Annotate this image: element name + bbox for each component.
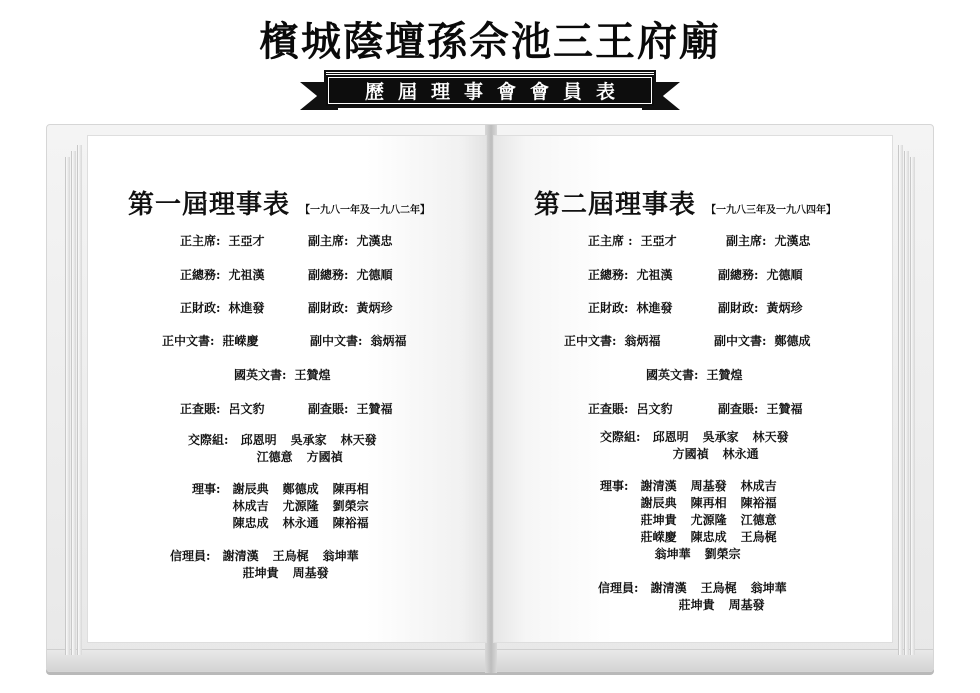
member-name: 王烏梶	[273, 548, 309, 565]
member-name: 林成吉	[741, 478, 777, 495]
member-name: 方國禎	[307, 449, 343, 466]
open-book: 第一屆理事表 【一九八一年及一九八二年】 正主席:王亞才 副主席:尤漢忠 正總務…	[46, 124, 934, 672]
page-stack-left	[65, 139, 85, 655]
officer-label: 正主席 :	[588, 234, 633, 248]
officer-label: 副查賬:	[308, 402, 348, 416]
member-name: 謝清漢	[651, 580, 687, 597]
member-name: 鄭德成	[283, 481, 319, 498]
member-name: 陳忠成	[691, 529, 727, 546]
officer-name: 呂文豹	[228, 402, 264, 416]
officer-label: 副主席:	[308, 234, 348, 248]
member-name: 陳裕福	[333, 515, 369, 532]
member-name: 謝辰典	[641, 495, 677, 512]
member-name: 邱恩明	[241, 432, 277, 449]
member-name: 謝辰典	[233, 481, 269, 498]
officer-label: 副財政:	[718, 301, 758, 315]
member-name: 翁坤華	[751, 580, 787, 597]
officer-label: 國英文書:	[234, 368, 286, 382]
member-name: 吳承家	[703, 429, 739, 446]
group-label: 交際組:	[188, 433, 228, 447]
member-name: 陳裕福	[741, 495, 777, 512]
officer-name: 尤漢忠	[356, 234, 392, 248]
officer-name: 尤祖漢	[228, 268, 264, 282]
officer-name: 黃炳珍	[766, 301, 802, 315]
officer-label: 副總務:	[308, 268, 348, 282]
member-name: 周基發	[293, 565, 329, 582]
member-name: 謝清漢	[641, 478, 677, 495]
officer-name: 王亞才	[228, 234, 264, 248]
liaison-group: 交際組: 邱恩明吳承家林天發 江德意方國禎	[188, 432, 391, 466]
group-label: 理事:	[192, 482, 220, 496]
member-name: 陳忠成	[233, 515, 269, 532]
member-name: 莊嵘慶	[641, 529, 677, 546]
member-name: 林成吉	[233, 498, 269, 515]
term-title: 第二屆理事表	[534, 184, 696, 221]
term-heading: 第二屆理事表 【一九八三年及一九八四年】	[534, 184, 836, 221]
officer-name: 尤祖漢	[636, 268, 672, 282]
group-label: 信理員:	[170, 549, 210, 563]
officer-label: 副總務:	[718, 268, 758, 282]
officer-name: 王贊煌	[294, 368, 330, 382]
officer-label: 副中文書:	[714, 334, 766, 348]
member-name: 劉榮宗	[333, 498, 369, 515]
officer-name: 黃炳珍	[356, 301, 392, 315]
officer-name: 呂文豹	[636, 402, 672, 416]
officer-label: 正總務:	[180, 268, 220, 282]
member-name: 林永通	[283, 515, 319, 532]
member-name: 陳再相	[691, 495, 727, 512]
term-title: 第一屆理事表	[128, 184, 290, 221]
liaison-group: 交際組: 邱恩明吳承家林天發 方國禎林永通	[600, 429, 803, 463]
committee-members: 理事: 謝辰典鄭德成陳再相 林成吉尤源隆劉榮宗 陳忠成林永通陳裕福	[192, 481, 383, 532]
member-name: 王烏梶	[741, 529, 777, 546]
officer-name: 翁炳福	[624, 334, 660, 348]
member-name: 陳再相	[333, 481, 369, 498]
member-name: 翁坤華	[323, 548, 359, 565]
member-name: 尤源隆	[283, 498, 319, 515]
officer-name: 尤德順	[356, 268, 392, 282]
term-years: 【一九八一年及一九八二年】	[300, 201, 430, 216]
officer-name: 王贊福	[356, 402, 392, 416]
member-name: 邱恩明	[653, 429, 689, 446]
page-stack-right	[895, 139, 915, 655]
officer-label: 正查賬:	[180, 402, 220, 416]
officer-name: 尤德順	[766, 268, 802, 282]
term-years: 【一九八三年及一九八四年】	[706, 201, 836, 216]
temple-title: 檳城蔭壇孫佘池三王府廟	[0, 18, 980, 66]
right-page-term-2: 第二屆理事表 【一九八三年及一九八四年】 正主席 :王亞才 副主席:尤漢忠 正總…	[493, 135, 893, 643]
member-name: 莊坤貴	[679, 597, 715, 614]
member-name: 江德意	[257, 449, 293, 466]
member-name: 周基發	[729, 597, 765, 614]
committee-members: 理事: 謝清漢周基發林成吉 謝辰典陳再相陳裕福 莊坤貴尤源隆江德意 莊嵘慶陳忠成…	[600, 478, 791, 563]
member-name: 江德意	[741, 512, 777, 529]
group-label: 理事:	[600, 479, 628, 493]
officer-name: 林進發	[636, 301, 672, 315]
member-name: 林永通	[723, 446, 759, 463]
trustees: 信理員: 謝清漢王烏梶翁坤華 莊坤貴周基發	[598, 580, 801, 614]
group-label: 信理員:	[598, 581, 638, 595]
member-name: 莊坤貴	[641, 512, 677, 529]
officer-name: 王贊福	[766, 402, 802, 416]
title-banner: 歷屆理事會會員表	[300, 70, 680, 112]
member-name: 翁坤華	[655, 546, 691, 563]
member-name: 林天發	[341, 432, 377, 449]
member-name: 方國禎	[673, 446, 709, 463]
officer-label: 正財政:	[180, 301, 220, 315]
member-name: 莊坤貴	[243, 565, 279, 582]
officer-label: 副中文書:	[310, 334, 362, 348]
officer-label: 國英文書:	[646, 368, 698, 382]
officer-name: 尤漢忠	[774, 234, 810, 248]
left-page-term-1: 第一屆理事表 【一九八一年及一九八二年】 正主席:王亞才 副主席:尤漢忠 正總務…	[87, 135, 487, 643]
term-heading: 第一屆理事表 【一九八一年及一九八二年】	[128, 184, 430, 221]
group-label: 交際組:	[600, 430, 640, 444]
officer-name: 莊嵘慶	[222, 334, 258, 348]
banner-text: 歷屆理事會會員表	[351, 77, 629, 104]
officer-name: 林進發	[228, 301, 264, 315]
officer-label: 正查賬:	[588, 402, 628, 416]
member-name: 謝清漢	[223, 548, 259, 565]
member-name: 尤源隆	[691, 512, 727, 529]
member-name: 王烏梶	[701, 580, 737, 597]
officer-name: 翁炳福	[370, 334, 406, 348]
officer-label: 副主席:	[726, 234, 766, 248]
member-name: 劉榮宗	[705, 546, 741, 563]
officer-label: 副查賬:	[718, 402, 758, 416]
officer-label: 正中文書:	[564, 334, 616, 348]
officer-name: 王贊煌	[706, 368, 742, 382]
member-name: 吳承家	[291, 432, 327, 449]
officer-label: 正中文書:	[162, 334, 214, 348]
officer-label: 正主席:	[180, 234, 220, 248]
member-name: 林天發	[753, 429, 789, 446]
officer-name: 王亞才	[641, 234, 677, 248]
officer-label: 正財政:	[588, 301, 628, 315]
banner-band: 歷屆理事會會員表	[326, 72, 654, 106]
trustees: 信理員: 謝清漢王烏梶翁坤華 莊坤貴周基發	[170, 548, 373, 582]
officer-label: 正總務:	[588, 268, 628, 282]
officer-name: 鄭德成	[774, 334, 810, 348]
member-name: 周基發	[691, 478, 727, 495]
officer-label: 副財政:	[308, 301, 348, 315]
